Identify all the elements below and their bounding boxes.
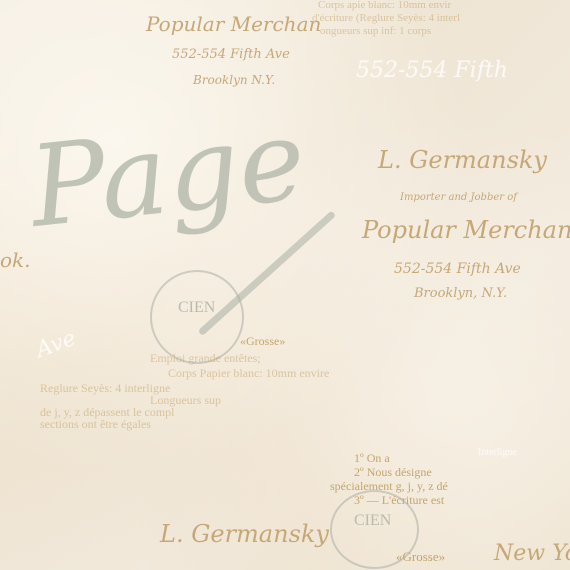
script-line: 552-554 Fifth Ave xyxy=(172,48,290,61)
print-line: Emploi grande entêtes; xyxy=(150,352,261,364)
bottom-signature: L. Germansky xyxy=(160,522,329,546)
bottom-label: «Grosse» xyxy=(396,550,445,563)
merchant-address: 552-554 Fifth Ave xyxy=(394,262,521,276)
print-line: d'écriture (Reglure Seyès: 4 interl xyxy=(312,13,460,24)
white-address: 552-554 Fifth xyxy=(356,60,508,82)
print-line: Corps apie blanc: 10mm envir xyxy=(318,0,451,11)
print-line: 3º — L'écriture est xyxy=(354,494,444,506)
postmark-stamp xyxy=(150,270,244,364)
stamp-text: CIEN xyxy=(354,513,391,529)
merchant-subtitle: Importer and Jobber of xyxy=(400,193,517,203)
script-line: Brooklyn N.Y. xyxy=(193,74,275,86)
merchant-name: L. Germansky xyxy=(378,148,547,172)
print-label: «Grosse» xyxy=(240,335,285,347)
left-script-word: ok. xyxy=(0,250,31,270)
left-white-word: Ave xyxy=(33,328,79,363)
wallpaper-canvas: Corps apie blanc: 10mm envir d'écriture … xyxy=(0,0,570,570)
bottom-city: New York xyxy=(494,543,570,565)
print-line: spécialement g, j, y, z dé xyxy=(330,480,448,492)
print-line: sections ont être égales xyxy=(40,418,151,430)
big-script-word: Page xyxy=(25,104,310,244)
script-line: Popular Merchan xyxy=(146,14,321,34)
print-line: ongueurs sup inf: 1 corps xyxy=(320,26,431,37)
print-line: 2º Nous désigne xyxy=(354,466,432,478)
merchant-city: Brooklyn, N.Y. xyxy=(414,287,507,300)
print-line: Corps Papier blanc: 10mm envire xyxy=(168,367,329,379)
merchant-line: Popular Merchandise xyxy=(362,218,570,242)
print-line: Interligne xyxy=(478,448,517,458)
print-line: 1º On a xyxy=(354,452,390,464)
stamp-text: CIEN xyxy=(178,300,215,316)
